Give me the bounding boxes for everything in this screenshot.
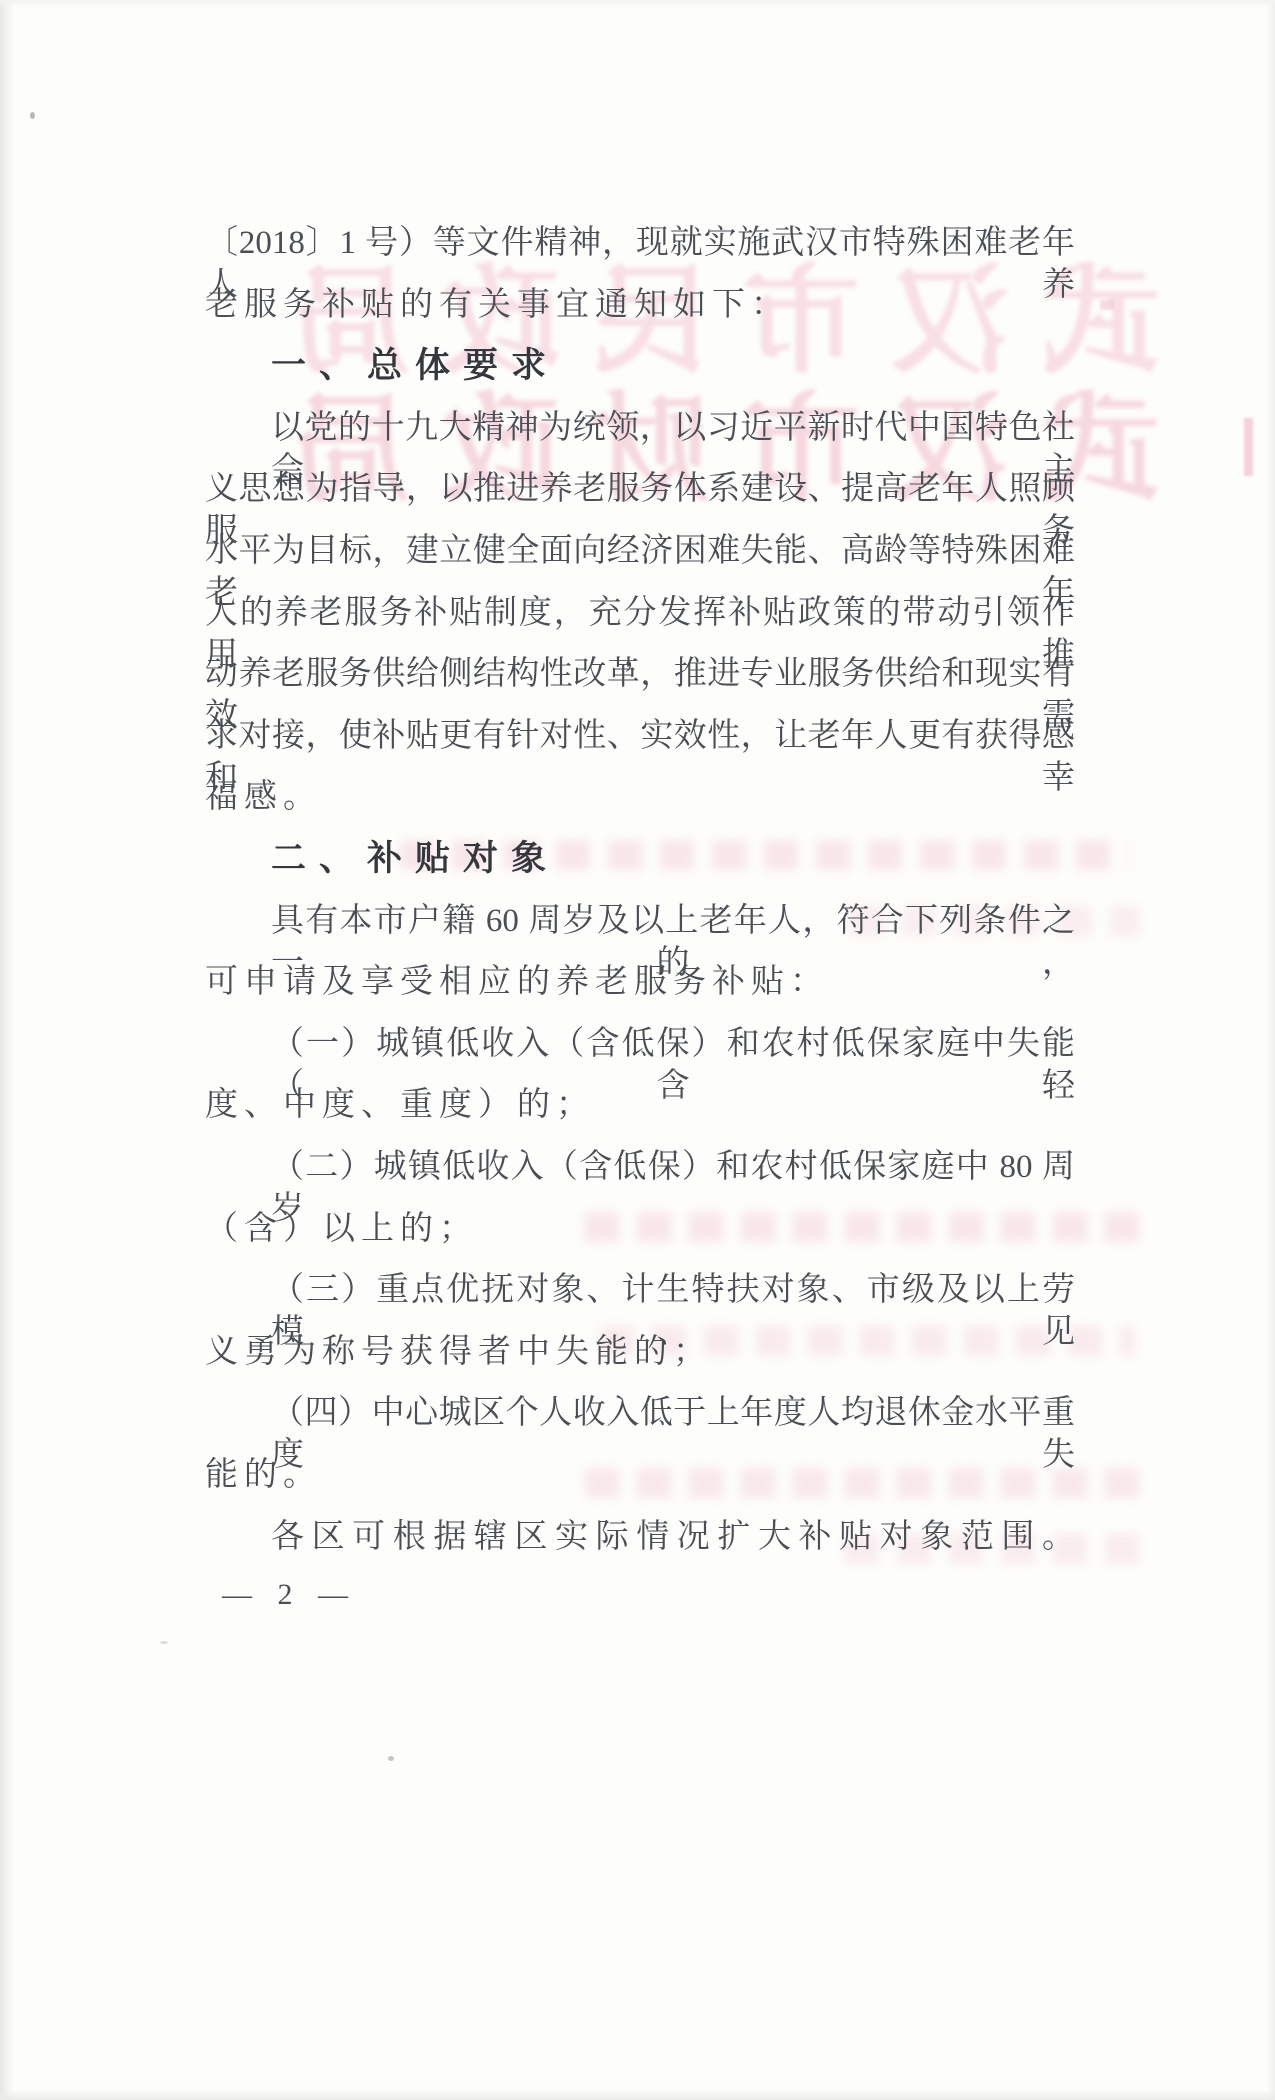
- text-line: 能的。: [205, 1454, 1075, 1496]
- text-lines: 〔2018〕1 号）等文件精神，现就实施武汉市特殊困难老年人养老服务补贴的有关事…: [0, 0, 1275, 2100]
- page-number: — 2 —: [222, 1578, 357, 1612]
- text-line: （二）城镇低收入（含低保）和农村低保家庭中 80 周岁: [271, 1146, 1075, 1188]
- text-line: 度、中度、重度）的；: [205, 1084, 1075, 1126]
- text-line: 具有本市户籍 60 周岁及以上老年人，符合下列条件之一的，: [271, 900, 1075, 942]
- text-line: 义勇为称号获得者中失能的；: [205, 1331, 1075, 1373]
- text-line: 可申请及享受相应的养老服务补贴：: [205, 961, 1075, 1003]
- text-line: 福感。: [205, 776, 1075, 818]
- text-line: （一）城镇低收入（含低保）和农村低保家庭中失能（含轻: [271, 1023, 1075, 1065]
- text-line: （四）中心城区个人收入低于上年度人均退休金水平重度失: [271, 1392, 1075, 1434]
- document-page: 武汉市民政局武汉市财政局 〔2018〕1 号）等文件精神，现就实施武汉市特殊困难…: [0, 0, 1275, 2100]
- text-line: 各区可根据辖区实际情况扩大补贴对象范围。: [271, 1516, 1075, 1558]
- text-line: 求对接，使补贴更有针对性、实效性，让老年人更有获得感和幸: [205, 715, 1075, 757]
- text-line: （含）以上的；: [205, 1208, 1075, 1250]
- text-line: 水平为目标，建立健全面向经济困难失能、高龄等特殊困难老年: [205, 530, 1075, 572]
- text-line: 义思想为指导，以推进养老服务体系建设、提高老年人照顾服务: [205, 468, 1075, 510]
- section-heading: 一、总体要求: [271, 345, 1075, 387]
- text-line: 〔2018〕1 号）等文件精神，现就实施武汉市特殊困难老年人养: [205, 222, 1075, 264]
- text-line: （三）重点优抚对象、计生特扶对象、市级及以上劳模、见: [271, 1269, 1075, 1311]
- text-line: 以党的十九大精神为统领，以习近平新时代中国特色社会主: [271, 407, 1075, 449]
- text-line: 动养老服务供给侧结构性改革，推进专业服务供给和现实有效需: [205, 653, 1075, 695]
- text-line: 人的养老服务补贴制度，充分发挥补贴政策的带动引领作用，推: [205, 592, 1075, 634]
- section-heading: 二、补贴对象: [271, 838, 1075, 880]
- text-line: 老服务补贴的有关事宜通知如下：: [205, 284, 1075, 326]
